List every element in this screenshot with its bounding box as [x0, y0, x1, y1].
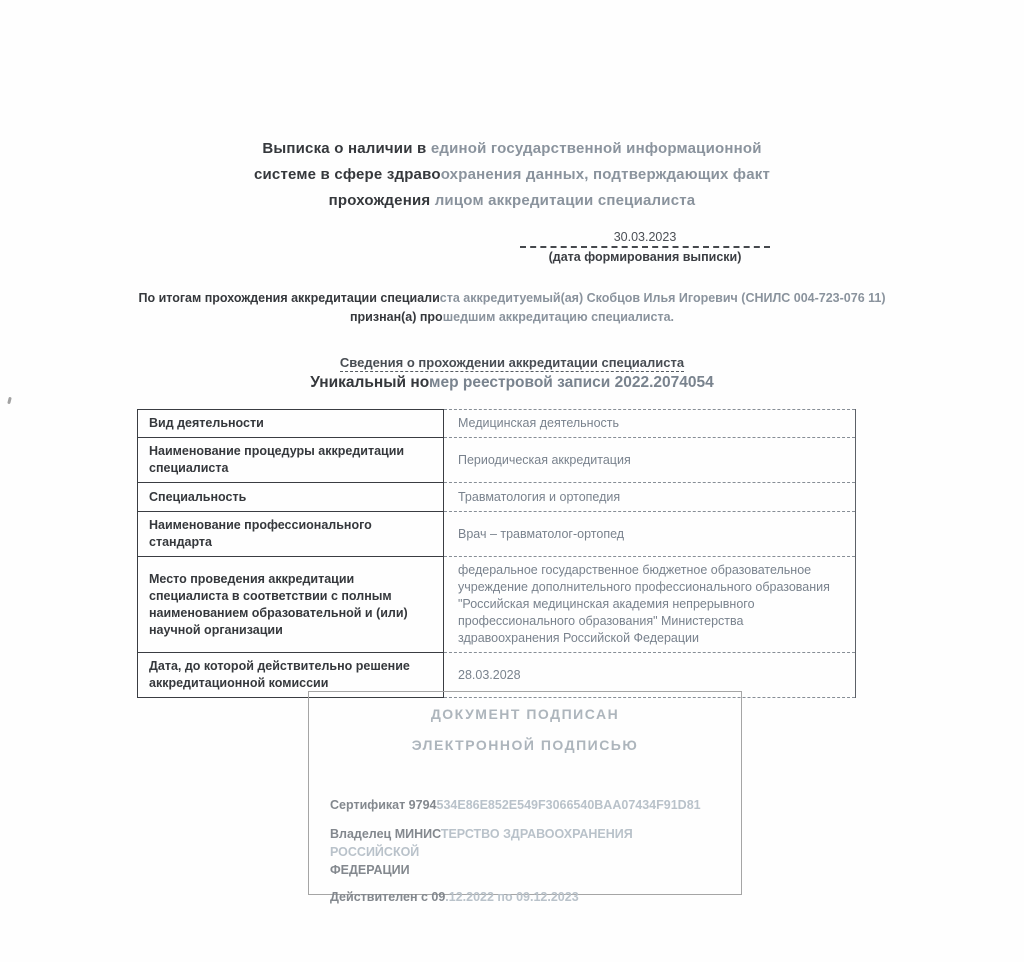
registry-number-light: мер реестровой записи 2022.2074054 [429, 374, 714, 391]
accreditation-table: Вид деятельности Медицинская деятельност… [137, 409, 856, 698]
signature-validity: Действителен с 09.12.2022 по 09.12.2023 [330, 890, 741, 904]
table-cell-label: Наименование профессионального стандарта [138, 512, 444, 557]
table-cell-value: Периодическая аккредитация [444, 438, 856, 483]
table-cell-value: Врач – травматолог-ортопед [444, 512, 856, 557]
table-cell-value: Травматология и ортопедия [444, 483, 856, 512]
table-row: Место проведения аккредитации специалист… [138, 557, 856, 653]
signature-title-line2: ЭЛЕКТРОННОЙ ПОДПИСЬЮ [309, 737, 741, 753]
intro-line: признан(а) прошедшим аккредитацию специа… [0, 308, 1024, 327]
section-heading-wrap: Сведения о прохождении аккредитации спец… [0, 354, 1024, 372]
intro-line-light: шедшим аккредитацию специалиста. [443, 310, 674, 324]
title-line-light: охранения данных, подтверждающих факт [441, 166, 770, 183]
extract-date-block: 30.03.2023 (дата формирования выписки) [520, 230, 770, 264]
table-cell-label: Место проведения аккредитации специалист… [138, 557, 444, 653]
extract-date-caption: (дата формирования выписки) [520, 250, 770, 264]
section-heading: Сведения о прохождении аккредитации спец… [340, 355, 684, 372]
signature-certificate: Сертификат 9794534E86E852E549F3066540BAA… [330, 798, 741, 812]
signature-title-line1: ДОКУМЕНТ ПОДПИСАН [309, 706, 741, 722]
title-line-dark: Выписка о наличии в [262, 140, 430, 157]
registry-number-line: Уникальный номер реестровой записи 2022.… [0, 374, 1024, 392]
table-row: Наименование процедуры аккредитации спец… [138, 438, 856, 483]
title-line-light: лицом аккредитации специалиста [435, 192, 696, 209]
owner-label: Владелец МИНИС [330, 827, 441, 841]
table-cell-label: Наименование процедуры аккредитации спец… [138, 438, 444, 483]
owner-name-continued: ФЕДЕРАЦИИ [330, 863, 410, 877]
certificate-number: 534E86E852E549F3066540BAA07434F91D81 [437, 798, 701, 812]
table-cell-value: федеральное государственное бюджетное об… [444, 557, 856, 653]
registry-number-dark: Уникальный но [310, 374, 429, 391]
signature-owner: Владелец МИНИСТЕРСТВО ЗДРАВООХРАНЕНИЯ РО… [330, 825, 720, 879]
table-cell-label: Специальность [138, 483, 444, 512]
title-line-dark: прохождения [329, 192, 435, 209]
title-line: Выписка о наличии в единой государственн… [0, 136, 1024, 162]
digital-signature-box: ДОКУМЕНТ ПОДПИСАН ЭЛЕКТРОННОЙ ПОДПИСЬЮ С… [308, 691, 742, 895]
table-cell-label: Вид деятельности [138, 410, 444, 438]
table-row: Специальность Травматология и ортопедия [138, 483, 856, 512]
intro-line: По итогам прохождения аккредитации специ… [0, 289, 1024, 308]
certificate-label: Сертификат 9794 [330, 798, 437, 812]
title-line: системе в сфере здравоохранения данных, … [0, 162, 1024, 188]
intro-line-dark: По итогам прохождения аккредитации специ… [138, 291, 439, 305]
validity-dates: .12.2022 по 09.12.2023 [445, 890, 578, 904]
document-title: Выписка о наличии в единой государственн… [0, 136, 1024, 214]
table-cell-value: Медицинская деятельность [444, 410, 856, 438]
scan-artifact-speck [7, 397, 12, 405]
intro-paragraph: По итогам прохождения аккредитации специ… [0, 289, 1024, 327]
table-row: Наименование профессионального стандарта… [138, 512, 856, 557]
title-line-light: единой государственной информационной [431, 140, 762, 157]
title-line-dark: системе в сфере здраво [254, 166, 441, 183]
intro-line-light: ста аккредитуемый(ая) Скобцов Илья Игоре… [440, 291, 886, 305]
table-row: Вид деятельности Медицинская деятельност… [138, 410, 856, 438]
extract-date: 30.03.2023 [520, 230, 770, 248]
title-line: прохождения лицом аккредитации специалис… [0, 188, 1024, 214]
validity-label: Действителен с 09 [330, 890, 445, 904]
scanned-document-page: Выписка о наличии в единой государственн… [0, 0, 1024, 962]
intro-line-dark: признан(а) про [350, 310, 443, 324]
